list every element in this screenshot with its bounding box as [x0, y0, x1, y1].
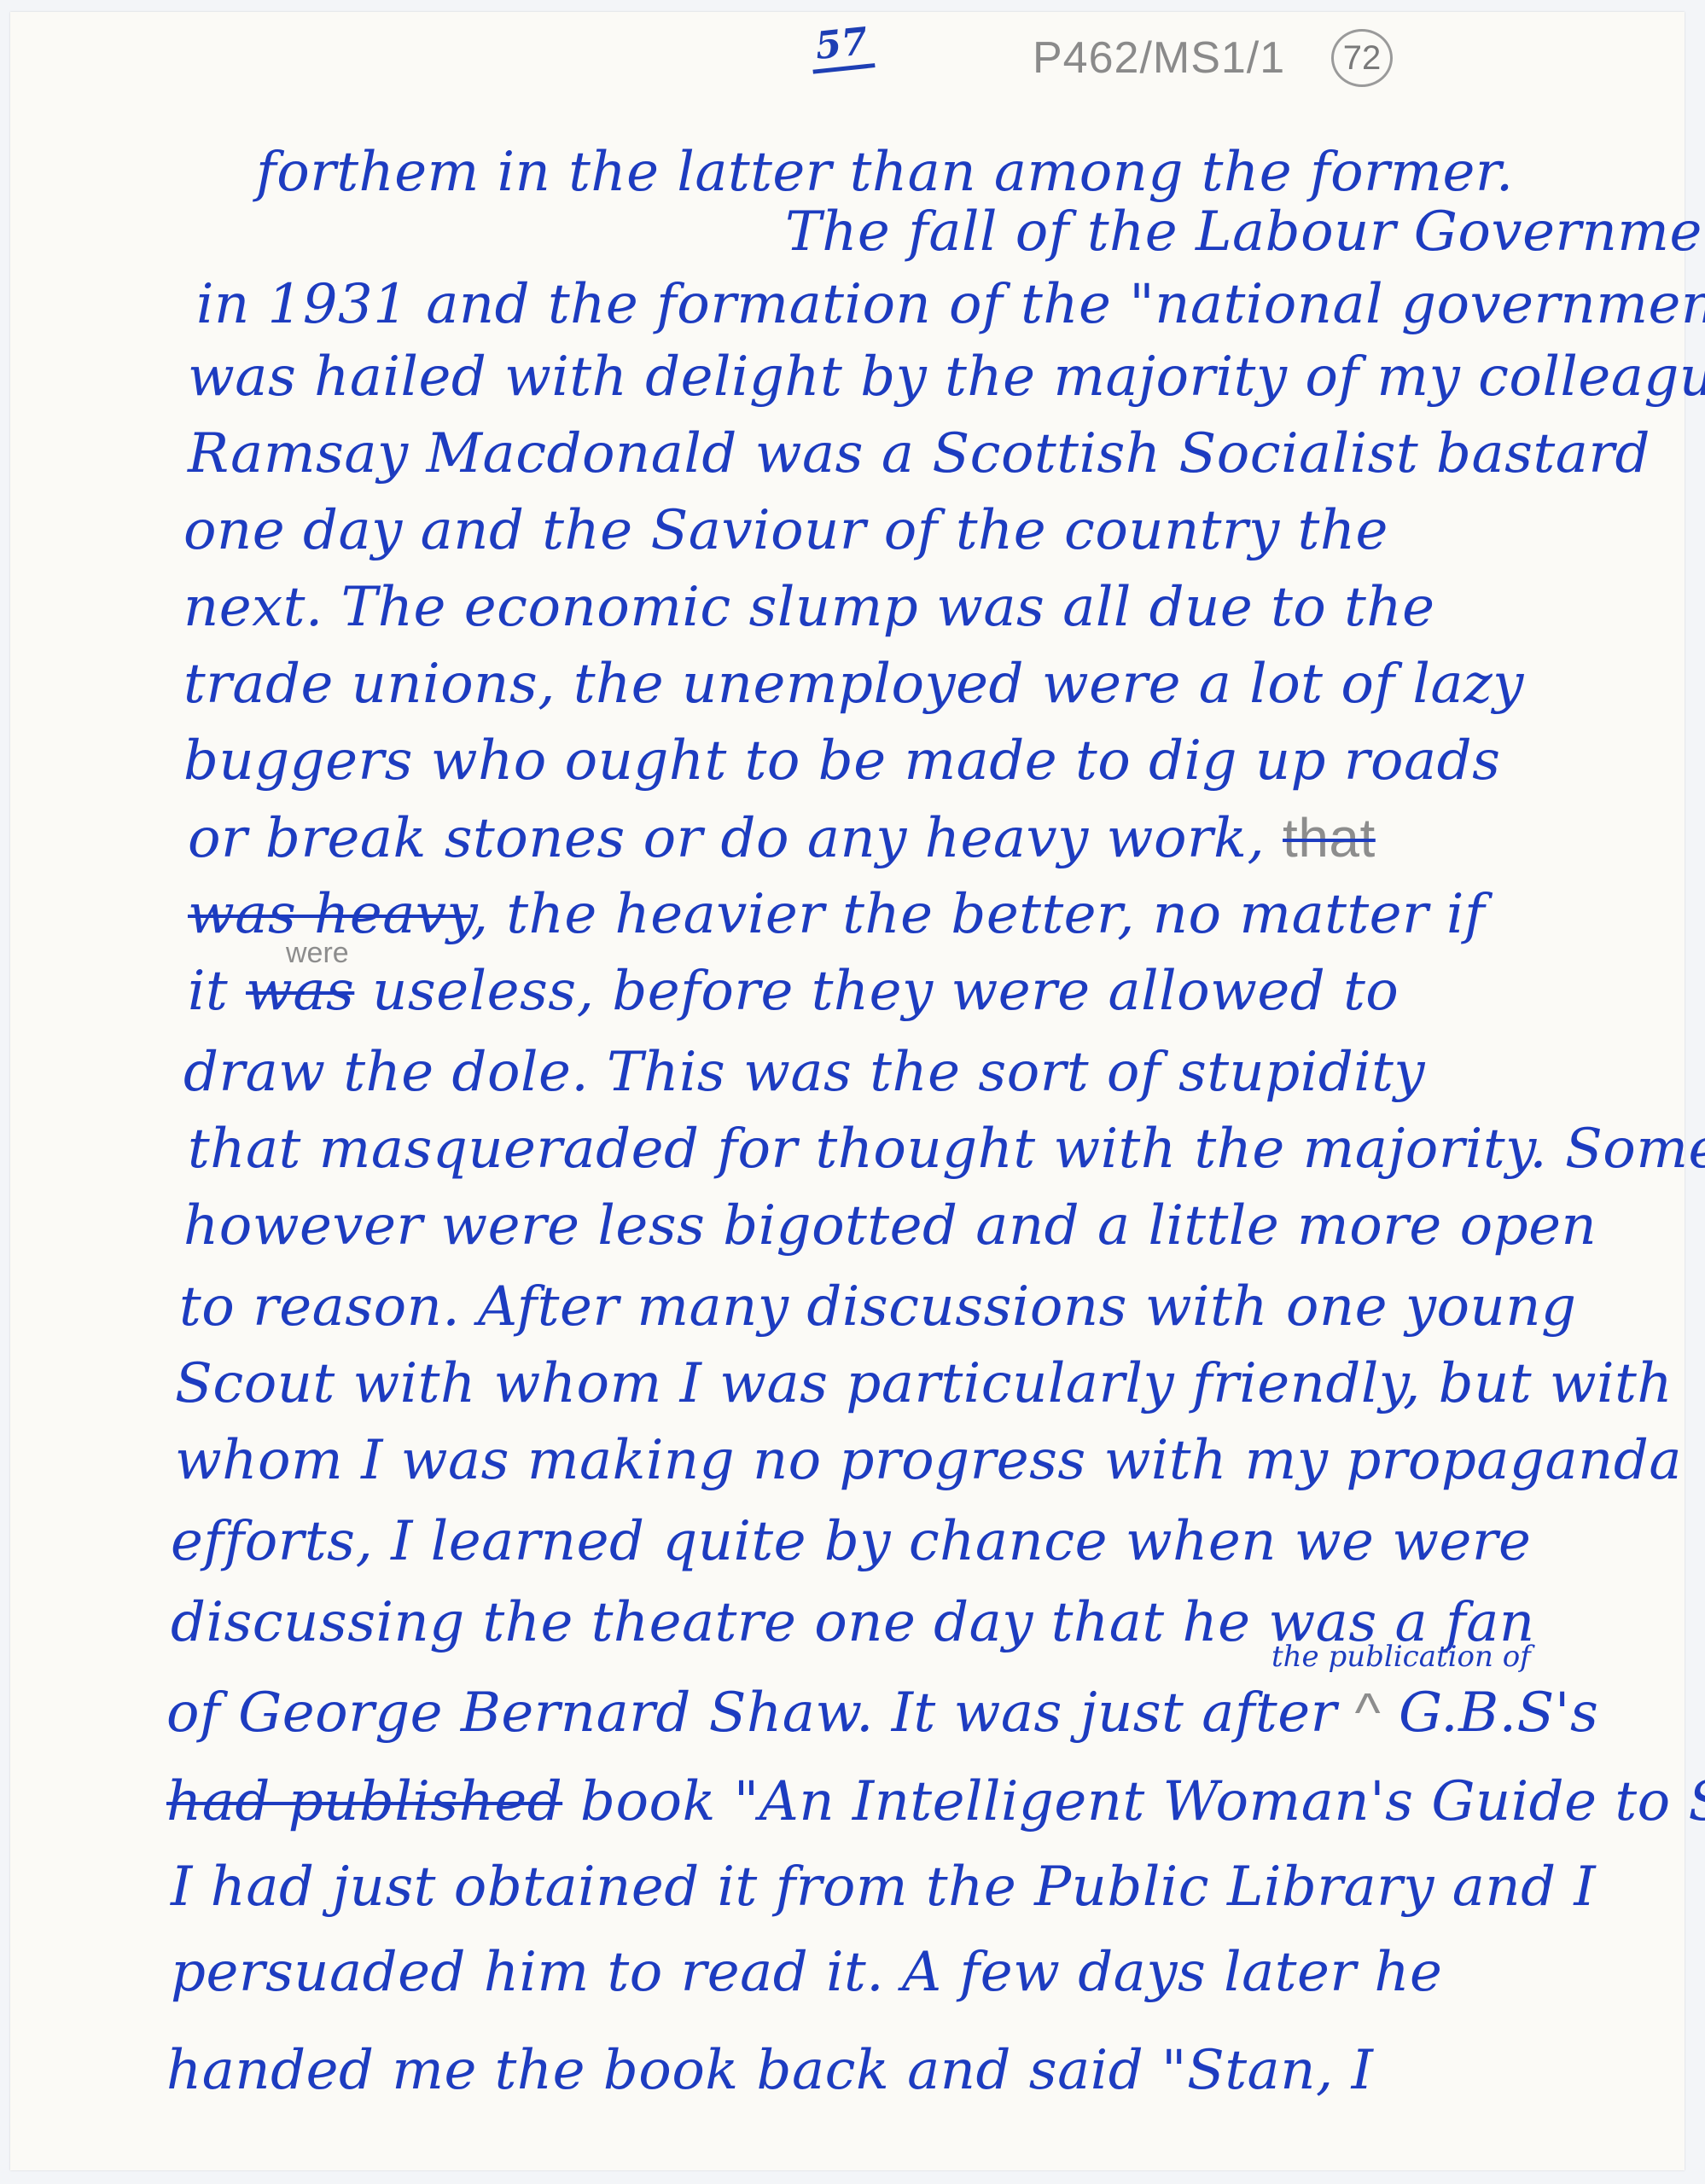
- manuscript-line-2: The fall of the Labour Government: [785, 205, 1705, 259]
- manuscript-line-24: persuaded him to read it. A few days lat…: [171, 1945, 1442, 2000]
- line-22-rest: book "An Intelligent Woman's Guide to So…: [580, 1770, 1705, 1833]
- manuscript-body: forthem in the latter than among the for…: [0, 0, 1705, 2184]
- manuscript-line-11: was heavy, the heavier the better, no ma…: [188, 887, 1485, 942]
- line-21-prefix: of George Bernard Shaw. It was just afte…: [166, 1682, 1337, 1745]
- manuscript-line-1: forthem in the latter than among the for…: [256, 145, 1514, 200]
- line-12-rest: useless, before they were allowed to: [372, 960, 1399, 1023]
- manuscript-line-13: draw the dole. This was the sort of stup…: [183, 1045, 1425, 1100]
- manuscript-line-4: was hailed with delight by the majority …: [188, 350, 1705, 404]
- line-10-main: or break stones or do any heavy work,: [188, 807, 1265, 870]
- manuscript-line-9: buggers who ought to be made to dig up r…: [183, 734, 1500, 788]
- struck-text-had-published: had published: [166, 1770, 562, 1833]
- line-11-rest: , the heavier the better, no matter if: [471, 883, 1485, 946]
- manuscript-line-15: however were less bigotted and a little …: [183, 1199, 1597, 1253]
- manuscript-line-5: Ramsay Macdonald was a Scottish Socialis…: [188, 427, 1650, 481]
- manuscript-line-22: had published book "An Intelligent Woman…: [166, 1774, 1705, 1829]
- line-21-suffix: G.B.S's: [1399, 1682, 1598, 1745]
- pencil-struck-word: that: [1283, 807, 1376, 868]
- manuscript-line-14: that masqueraded for thought with the ma…: [188, 1122, 1705, 1176]
- manuscript-line-16: to reason. After many discussions with o…: [179, 1280, 1576, 1334]
- manuscript-line-3: in 1931 and the formation of the "nation…: [196, 277, 1705, 332]
- line-12-it: it: [188, 960, 228, 1023]
- manuscript-line-10: or break stones or do any heavy work, th…: [188, 810, 1376, 866]
- manuscript-line-23: I had just obtained it from the Public L…: [171, 1860, 1596, 1914]
- manuscript-line-18: whom I was making no progress with my pr…: [175, 1433, 1682, 1488]
- manuscript-line-25: handed me the book back and said "Stan, …: [166, 2043, 1373, 2098]
- struck-word-was: was: [246, 960, 354, 1023]
- manuscript-line-6: one day and the Saviour of the country t…: [183, 503, 1388, 558]
- manuscript-line-12: it was useless, before they were allowed…: [188, 964, 1399, 1019]
- manuscript-line-19: efforts, I learned quite by chance when …: [171, 1514, 1531, 1569]
- manuscript-line-21: of George Bernard Shaw. It was just afte…: [166, 1685, 1598, 1740]
- manuscript-line-17: Scout with whom I was particularly frien…: [175, 1356, 1673, 1411]
- insertion-caret: ^: [1355, 1682, 1382, 1743]
- manuscript-line-8: trade unions, the unemployed were a lot …: [183, 657, 1524, 712]
- manuscript-line-7: next. The economic slump was all due to …: [183, 580, 1434, 635]
- interlinear-insertion: the publication of: [1271, 1642, 1531, 1671]
